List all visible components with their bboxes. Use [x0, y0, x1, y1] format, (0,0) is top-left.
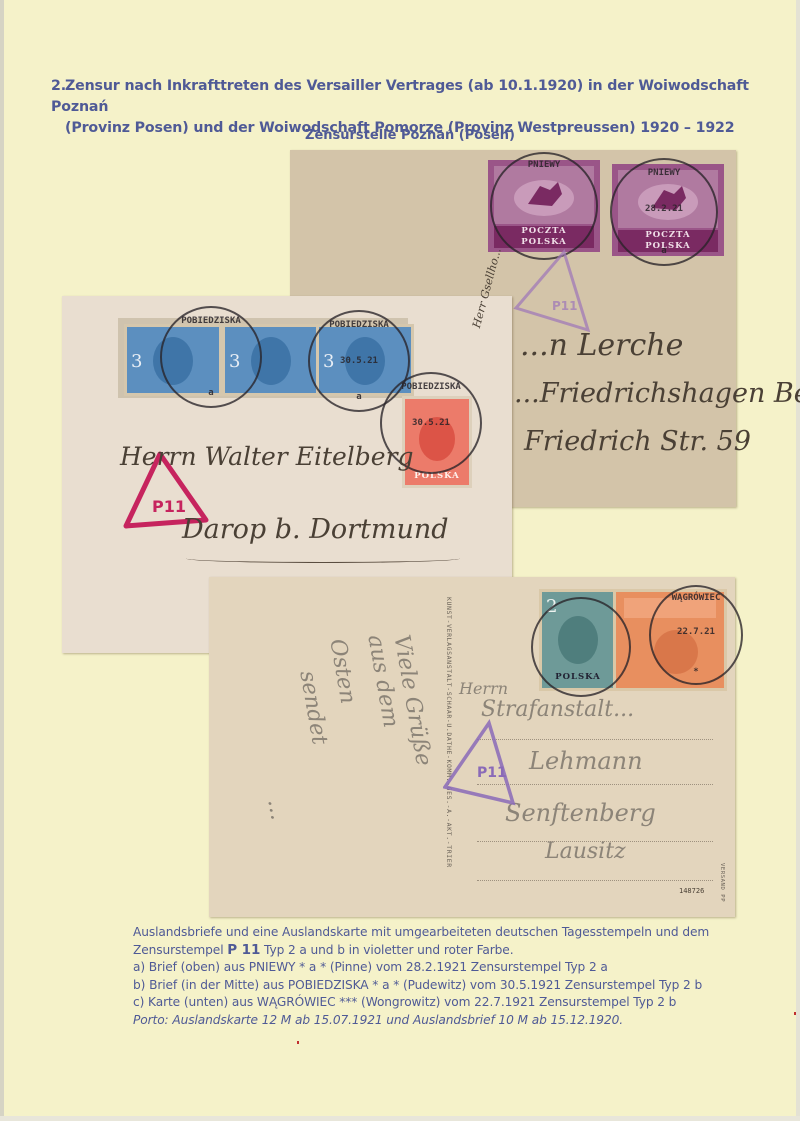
underline-flourish: [186, 554, 460, 563]
postmark-pniewy-2: PNIEWY 28.2.21 a: [610, 158, 718, 266]
address-line-2: Darop b. Dortmund: [182, 514, 449, 545]
censor-office-heading: Zensurstelle Poznań (Posen): [0, 128, 800, 143]
address-line-1: ...n Lerche: [520, 328, 683, 363]
address-line-3: Lehmann: [529, 747, 643, 775]
red-mark: [794, 1012, 796, 1015]
svg-text:3: 3: [131, 351, 142, 372]
postmark-pobiedziska-1: POBIEDZISKA a: [160, 306, 262, 408]
postmark-pniewy-1: PNIEWY: [490, 152, 598, 260]
address-line-1: Herrn: [459, 679, 508, 698]
description-line-1: Auslandsbriefe und eine Auslandskarte mi…: [133, 924, 753, 942]
address-line-1: Herrn Walter Eitelberg: [120, 442, 414, 471]
address-rule: [477, 880, 713, 881]
postmark-1: [531, 597, 631, 697]
section-number: 2.: [51, 76, 65, 97]
description: Auslandsbriefe und eine Auslandskarte mi…: [133, 924, 753, 1030]
album-page-edge: [0, 0, 4, 1121]
postage-note: Porto: Auslandskarte 12 M ab 15.07.1921 …: [133, 1012, 753, 1030]
message-line-3: Osten: [324, 637, 360, 706]
censor-triangle-icon: P11: [512, 248, 592, 338]
album-page-edge: [0, 1116, 800, 1121]
svg-text:P11: P11: [477, 765, 507, 781]
censor-stamp-code: P 11: [227, 942, 260, 958]
red-mark: [297, 1041, 299, 1044]
description-item-a: a) Brief (oben) aus PNIEWY * a * (Pinne)…: [133, 959, 753, 977]
description-line-2: Zensurstempel P 11 Typ 2 a und b in viol…: [133, 942, 753, 960]
message-line-5: ...: [262, 797, 290, 822]
description-item-b: b) Brief (in der Mitte) aus POBIEDZISKA …: [133, 977, 753, 995]
svg-text:P11: P11: [552, 299, 578, 313]
card-number: 148726: [679, 887, 704, 895]
censor-triangle-icon: P11: [443, 717, 535, 817]
address-line-5: Lausitz: [545, 839, 626, 864]
description-item-c: c) Karte (unten) aus WĄGRÓWIEC *** (Wong…: [133, 994, 753, 1012]
postcard-c-wagrowiec: KUNST-VERLAGSANSTALT-SCHAAR-U.DATHE-KOMM…: [209, 577, 735, 917]
album-page-edge: [796, 0, 800, 1121]
title-line-1: Zensur nach Inkrafttreten des Versailler…: [51, 78, 749, 115]
svg-text:P11: P11: [152, 497, 186, 516]
side-print: VERSAND PP: [719, 863, 725, 907]
address-line-3: Friedrich Str. 59: [524, 426, 751, 457]
postmark-wagrowiec: WĄGRÓWIEC 22.7.21 *: [649, 585, 743, 685]
address-line-2: ...Friedrichshagen Berlin: [514, 378, 800, 409]
message-line-4: sendet: [294, 669, 332, 747]
